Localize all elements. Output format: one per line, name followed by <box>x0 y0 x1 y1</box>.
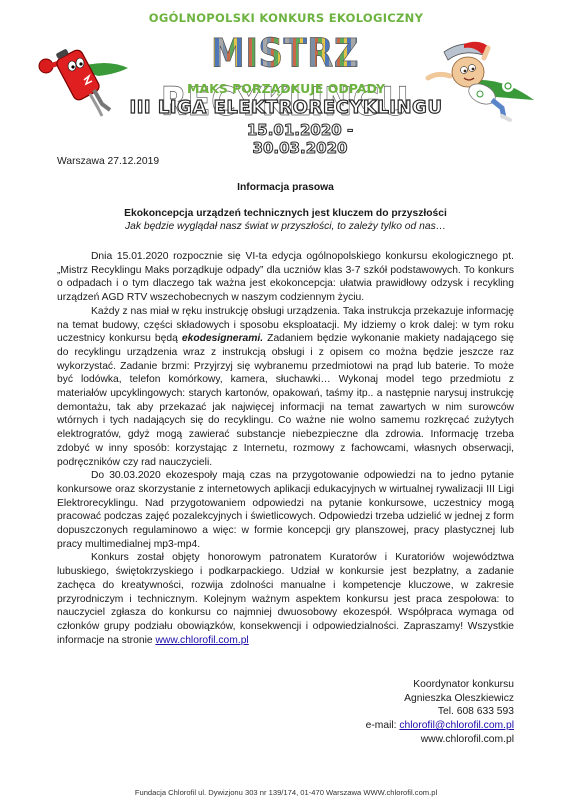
document-label: Informacja prasowa <box>57 181 514 195</box>
paragraph-4: Konkurs został objęty honorowym patronat… <box>57 551 514 647</box>
email-link[interactable]: chlorofil@chlorofil.com.pl <box>399 720 514 731</box>
paragraph-1: Dnia 15.01.2020 rozpocznie się VI-ta edy… <box>57 250 514 305</box>
page-footer: Fundacja Chlorofil ul. Dywizjonu 303 nr … <box>0 788 572 797</box>
signature-block: Koordynator konkursu Agnieszka Oleszkiew… <box>366 678 514 747</box>
signature-name: Agnieszka Oleszkiewicz <box>366 692 514 706</box>
paragraph-2: Każdy z nas miał w ręku instrukcję obsłu… <box>57 305 514 469</box>
paragraph-3: Do 30.03.2020 ekozespoły mają czas na pr… <box>57 469 514 551</box>
banner-contest-label: OGÓLNOPOLSKI KONKURS EKOLOGICZNY <box>0 11 572 25</box>
press-release-body: Dnia 15.01.2020 rozpocznie się VI-ta edy… <box>57 250 514 647</box>
signature-website: www.chlorofil.com.pl <box>366 733 514 747</box>
header-banner: OGÓLNOPOLSKI KONKURS EKOLOGICZNY MISTRZ … <box>0 0 572 150</box>
place-date: Warszawa 27.12.2019 <box>57 155 514 169</box>
paragraph-2-text-after: Zadaniem będzie wykonanie makiety nadają… <box>57 333 514 467</box>
signature-role: Koordynator konkursu <box>366 678 514 692</box>
document-subtitle: Jak będzie wyglądał nasz świat w przyszł… <box>57 220 514 234</box>
email-label: e-mail: <box>366 720 400 731</box>
signature-email-line: e-mail: chlorofil@chlorofil.com.pl <box>366 719 514 733</box>
paragraph-4-text: Konkurs został objęty honorowym patronat… <box>57 552 514 645</box>
signature-phone: Tel. 608 633 593 <box>366 705 514 719</box>
website-link[interactable]: www.chlorofil.com.pl <box>155 635 248 646</box>
paragraph-2-emphasis: ekodesignerami. <box>182 333 263 344</box>
boy-mascot-icon <box>424 38 536 124</box>
banner-dates: 15.01.2020 - 30.03.2020 <box>200 121 400 157</box>
banner-main-title: MISTRZ RECYKLINGU <box>135 30 435 78</box>
document-title: Ekokoncepcja urządzeń technicznych jest … <box>57 207 514 221</box>
